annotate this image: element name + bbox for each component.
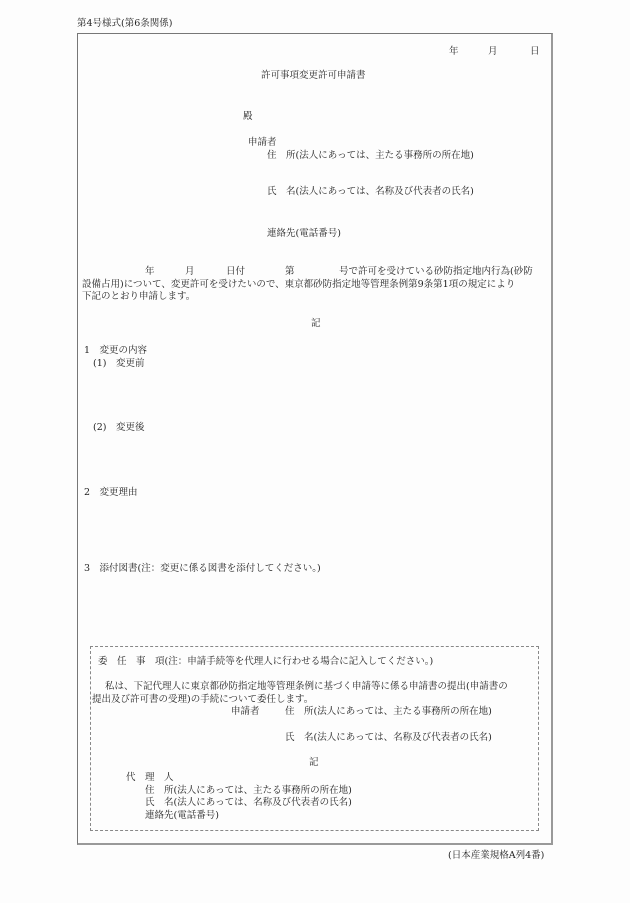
body-line2: 設備占用)について、変更許可を受けたいので、東京都砂防指定地等管理条例第9条第1… [82,279,515,291]
section-1-2-after: (2) 変更後 [93,422,144,434]
section-1-1-before: (1) 変更前 [93,358,144,370]
section-2-reason: 2 変更理由 [84,487,138,499]
applicant-label: 申請者 [248,137,277,149]
delegation-ki-heading: 記 [309,757,319,769]
section-3-attachments: 3 添付図書(注：変更に係る図書を添付してください。) [84,563,321,575]
document-title: 許可事項変更許可申請書 [261,70,366,82]
permit-month-label: 月 [185,266,195,278]
date-day-label: 日 [530,46,540,58]
agent-address-field[interactable]: 住 所(法人にあっては、主たる事務所の所在地) [145,785,352,797]
section-1-change-details: 1 変更の内容 [84,345,147,357]
delegation-text-line2: 提出及び許可書の受理)の手続について委任します。 [92,694,313,706]
body-line1: 号で許可を受けている砂防指定地内行為(砂防 [339,266,533,278]
agent-label: 代 理 人 [126,772,174,784]
applicant-address-field[interactable]: 住 所(法人にあっては、主たる事務所の所在地) [267,150,474,162]
agent-name-field[interactable]: 氏 名(法人にあっては、名称及び代表者の氏名) [145,797,352,809]
date-month-label: 月 [488,46,498,58]
ki-heading: 記 [311,318,321,330]
paper-size-note: (日本産業規格A列4番) [448,850,544,862]
delegation-heading: 委 任 事 項(注：申請手続等を代理人に行わせる場合に記入してください。) [98,656,433,668]
applicant-contact-field[interactable]: 連絡先(電話番号) [267,228,341,240]
permit-number-prefix: 第 [285,266,295,278]
delegation-text-line1: 私は、下記代理人に東京都砂防指定地等管理条例に基づく申請等に係る申請書の提出(申… [105,681,508,693]
agent-contact-field[interactable]: 連絡先(電話番号) [145,810,219,822]
date-year-label: 年 [449,46,459,58]
applicant-name-field[interactable]: 氏 名(法人にあっては、名称及び代表者の氏名) [267,186,474,198]
body-line3: 下記のとおり申請します。 [82,291,195,303]
delegation-applicant-address-field[interactable]: 住 所(法人にあっては、主たる事務所の所在地) [285,706,492,718]
delegation-applicant-label: 申請者 [231,706,260,718]
delegation-applicant-name-field[interactable]: 氏 名(法人にあっては、名称及び代表者の氏名) [285,732,492,744]
permit-year-label: 年 [145,266,155,278]
form-id: 第4号様式(第6条関係) [77,18,173,30]
addressee-suffix: 殿 [243,111,253,123]
permit-day-label: 日付 [226,266,245,278]
